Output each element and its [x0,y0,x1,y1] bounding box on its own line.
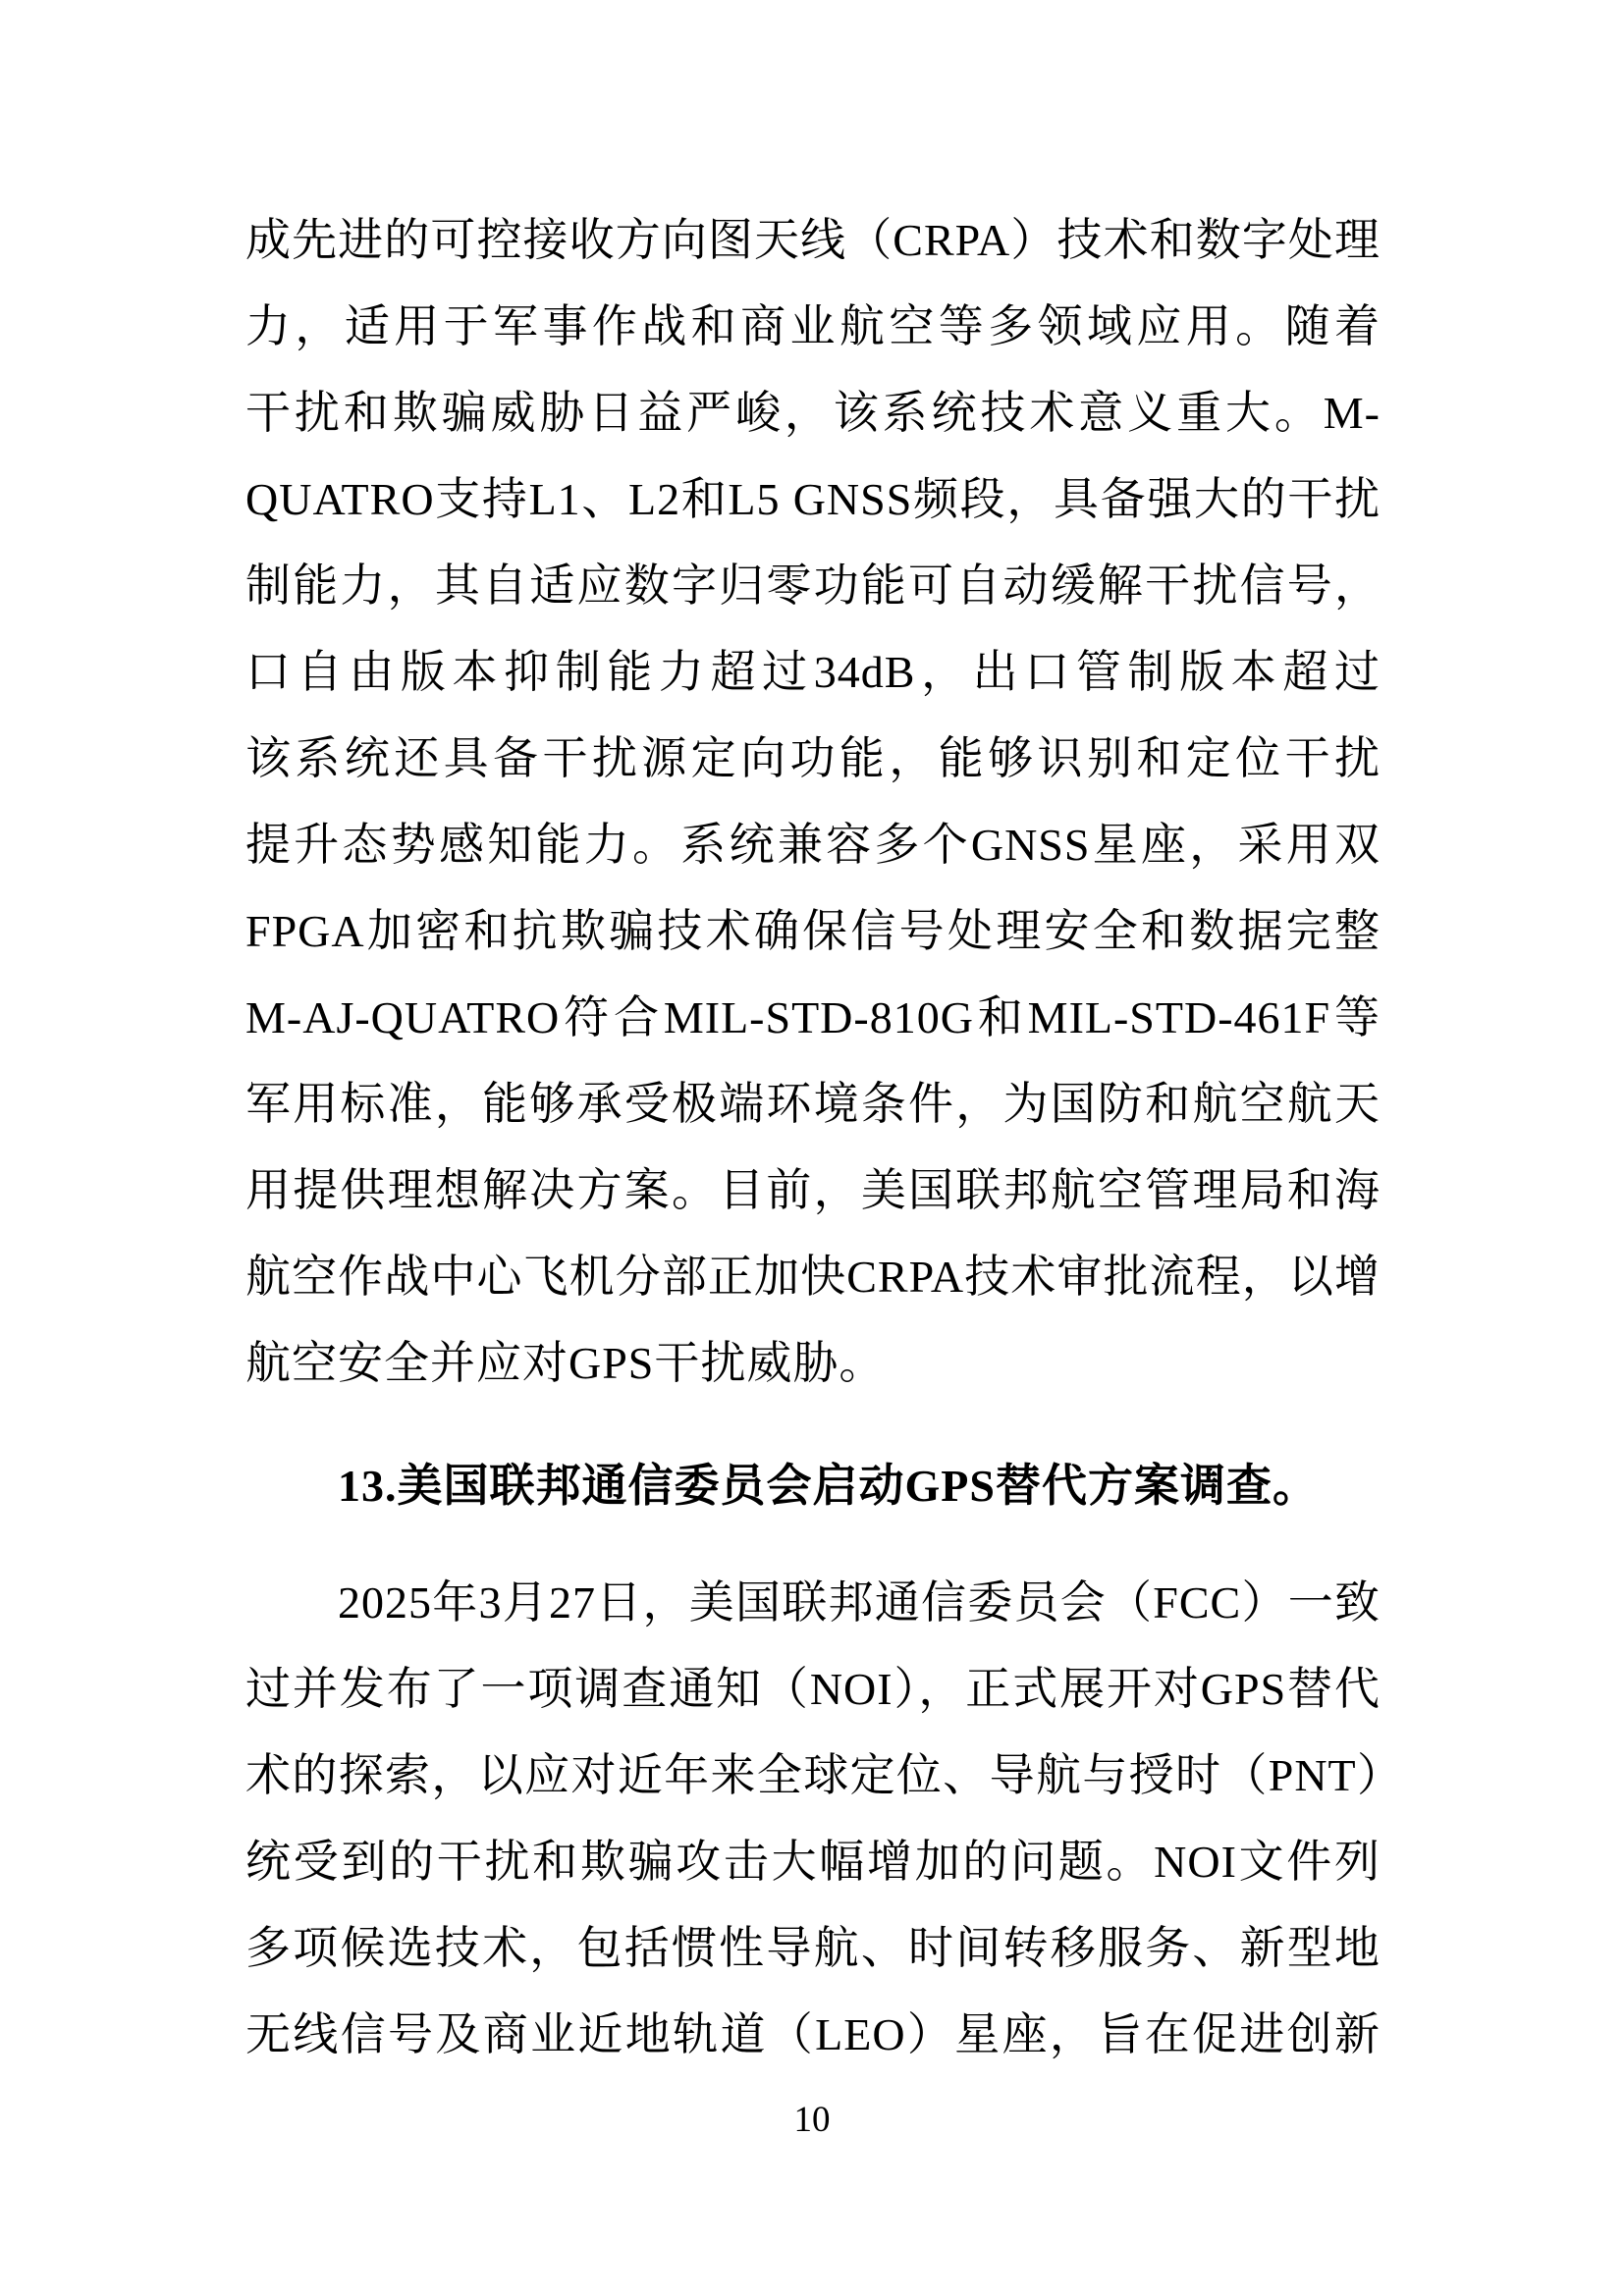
text-line: 该系统还具备干扰源定向功能，能够识别和定位干扰源， [245,716,1380,802]
text-line: 干扰和欺骗威胁日益严峻，该系统技术意义重大。M-AJ- [245,370,1380,456]
text-line: FPGA加密和抗欺骗技术确保信号处理安全和数据完整性。 [245,888,1380,975]
text-line: 多项候选技术，包括惯性导航、时间转移服务、新型地面 [245,1905,1380,1992]
text-line: M-AJ-QUATRO符合MIL-STD-810G和MIL-STD-461F等严… [245,975,1380,1061]
text-line: 用提供理想解决方案。目前，美国联邦航空管理局和海军 [245,1148,1380,1234]
text-line: 术的探索，以应对近年来全球定位、导航与授时（PNT）系 [245,1733,1380,1819]
section-heading: 13.美国联邦通信委员会启动GPS替代方案调查。 [245,1443,1380,1529]
text-line: 口自由版本抑制能力超过34dB，出口管制版本超过45dB。 [245,629,1380,716]
paragraph-1: 成先进的可控接收方向图天线（CRPA）技术和数字处理能 力，适用于军事作战和商业… [245,197,1380,1407]
text-line: 统受到的干扰和欺骗攻击大幅增加的问题。NOI文件列举了 [245,1819,1380,1905]
page-number: 10 [0,2091,1624,2150]
paragraph-2: 2025年3月27日，美国联邦通信委员会（FCC）一致通 过并发布了一项调查通知… [245,1560,1380,2078]
text-line: 力，适用于军事作战和商业航空等多领域应用。随着GNSS [245,284,1380,370]
document-page: 成先进的可控接收方向图天线（CRPA）技术和数字处理能 力，适用于军事作战和商业… [0,0,1624,2296]
text-line: 制能力，其自适应数字归零功能可自动缓解干扰信号，出 [245,543,1380,629]
text-line: 航空作战中心飞机分部正加快CRPA技术审批流程，以增强 [245,1234,1380,1320]
text-line: 航空安全并应对GPS干扰威胁。 [245,1320,1380,1407]
text-line: 过并发布了一项调查通知（NOI），正式展开对GPS替代技 [245,1646,1380,1733]
text-line: QUATRO支持L1、L2和L5 GNSS频段，具备强大的干扰抑 [245,456,1380,543]
text-line: 提升态势感知能力。系统兼容多个GNSS星座，采用双 [245,802,1380,888]
text-line: 军用标准，能够承受极端环境条件，为国防和航空航天应 [245,1061,1380,1148]
text-line: 成先进的可控接收方向图天线（CRPA）技术和数字处理能 [245,197,1380,284]
text-line: 2025年3月27日，美国联邦通信委员会（FCC）一致通 [245,1560,1380,1646]
text-line: 无线信号及商业近地轨道（LEO）星座，旨在促进创新与市 [245,1992,1380,2078]
